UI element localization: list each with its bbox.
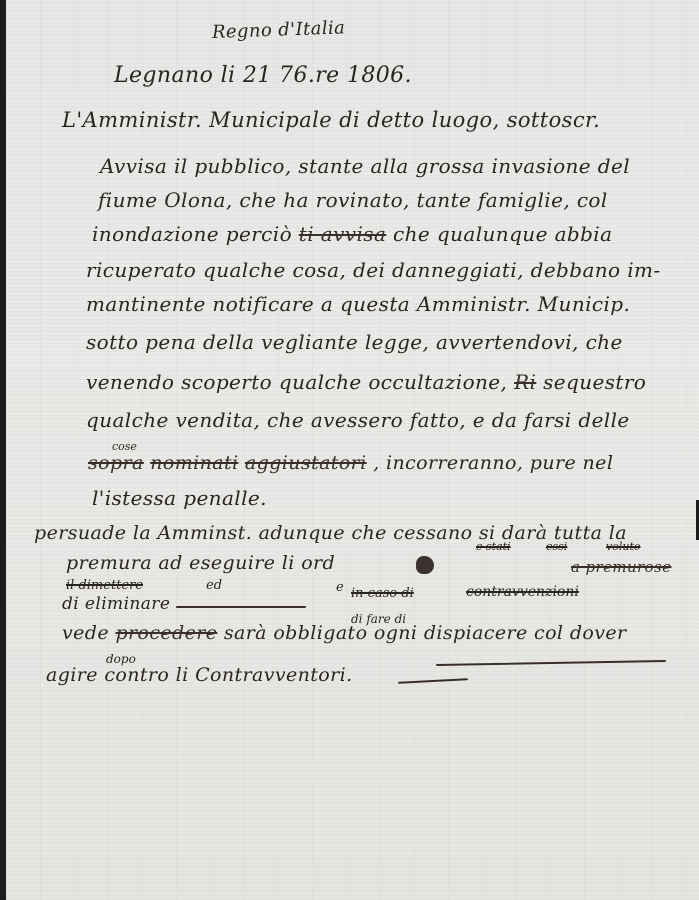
- body-line-3: inondazione perciò ti avvisa che qualunq…: [92, 222, 612, 246]
- lower-line-2-text: premura ad eseguire li ord: [66, 552, 335, 574]
- lower-line-5: agire contro li Contravventori.: [46, 664, 353, 686]
- agire-word: agire: [46, 664, 98, 686]
- struck-aggiustatori: aggiustatori: [245, 452, 367, 474]
- heading-regno: Regno d'Italia: [212, 17, 346, 43]
- strike-stroke-1: [176, 606, 306, 608]
- body-line-9: sopra nominati aggiustatori , incorreran…: [88, 452, 613, 474]
- body-line-9-end: , incorreranno, pure nel: [373, 452, 613, 474]
- struck-nominati: nominati: [150, 452, 238, 474]
- body-line-3-text: inondazione perciò: [92, 222, 292, 246]
- lower-line-3: di eliminare: [62, 594, 170, 614]
- struck-voluto: voluto: [606, 540, 640, 553]
- sara-obbligato: sarà obbligato: [224, 622, 368, 644]
- manuscript-page: Regno d'Italia Legnano li 21 76.re 1806.…: [6, 0, 699, 900]
- body-line-5: mantinente notificare a questa Amministr…: [86, 292, 630, 316]
- struck-contravvenzioni: contravvenzioni: [466, 584, 579, 600]
- ink-blot: [416, 556, 434, 574]
- underline-stroke-1: [436, 660, 666, 666]
- lower-line-2: premura ad eseguire li ord: [66, 552, 335, 574]
- struck-a-premurose: a premurose: [571, 558, 671, 576]
- body-line-10: l'istessa penalle.: [92, 486, 267, 510]
- body-line-3-end: che qualunque abbia: [393, 222, 612, 246]
- sequestro-word: sequestro: [543, 370, 646, 394]
- struck-procedere: procedere: [115, 622, 217, 644]
- body-line-1: Avvisa il pubblico, stante alla grossa i…: [100, 154, 630, 178]
- body-line-2: fiume Olona, che ha rovinato, tante fami…: [98, 188, 608, 212]
- lower-line-4-end: ogni dispiacere col dover: [374, 622, 627, 644]
- body-line-7-text: venendo scoperto qualche occultazione,: [86, 370, 507, 394]
- insertion-ed: ed: [206, 578, 222, 593]
- body-line-8: qualche vendita, che avessero fatto, e d…: [86, 408, 630, 432]
- struck-sopra: sopra: [88, 452, 144, 474]
- vede-word: vede: [62, 622, 109, 644]
- closing-flourish: [398, 678, 468, 683]
- addressee-line: L'Amministr. Municipale di detto luogo, …: [62, 108, 600, 132]
- struck-essi: essi: [546, 540, 567, 553]
- struck-ti-avvisa: ti avvisa: [299, 222, 387, 246]
- lower-line-1: persuade la Amminst. adunque che cessano…: [34, 522, 627, 544]
- struck-e-stati: e stati: [476, 540, 511, 553]
- lower-line-5-end: contro li Contravventori.: [104, 664, 352, 686]
- lower-line-4: vede procedere sarà obbligato ogni dispi…: [62, 622, 627, 644]
- insertion-e: e: [336, 580, 344, 595]
- lower-line-3-text: di eliminare: [62, 594, 170, 614]
- dateline: Legnano li 21 76.re 1806.: [114, 63, 412, 88]
- body-line-6: sotto pena della vegliante legge, avvert…: [86, 330, 623, 354]
- struck-in-caso-di: in caso di: [351, 586, 414, 601]
- struck-il-dimettere: il dimettere: [66, 578, 143, 593]
- body-line-4: ricuperato qualche cosa, dei danneggiati…: [86, 258, 661, 282]
- body-line-7: venendo scoperto qualche occultazione, R…: [86, 370, 646, 394]
- struck-ri: Ri: [514, 370, 536, 394]
